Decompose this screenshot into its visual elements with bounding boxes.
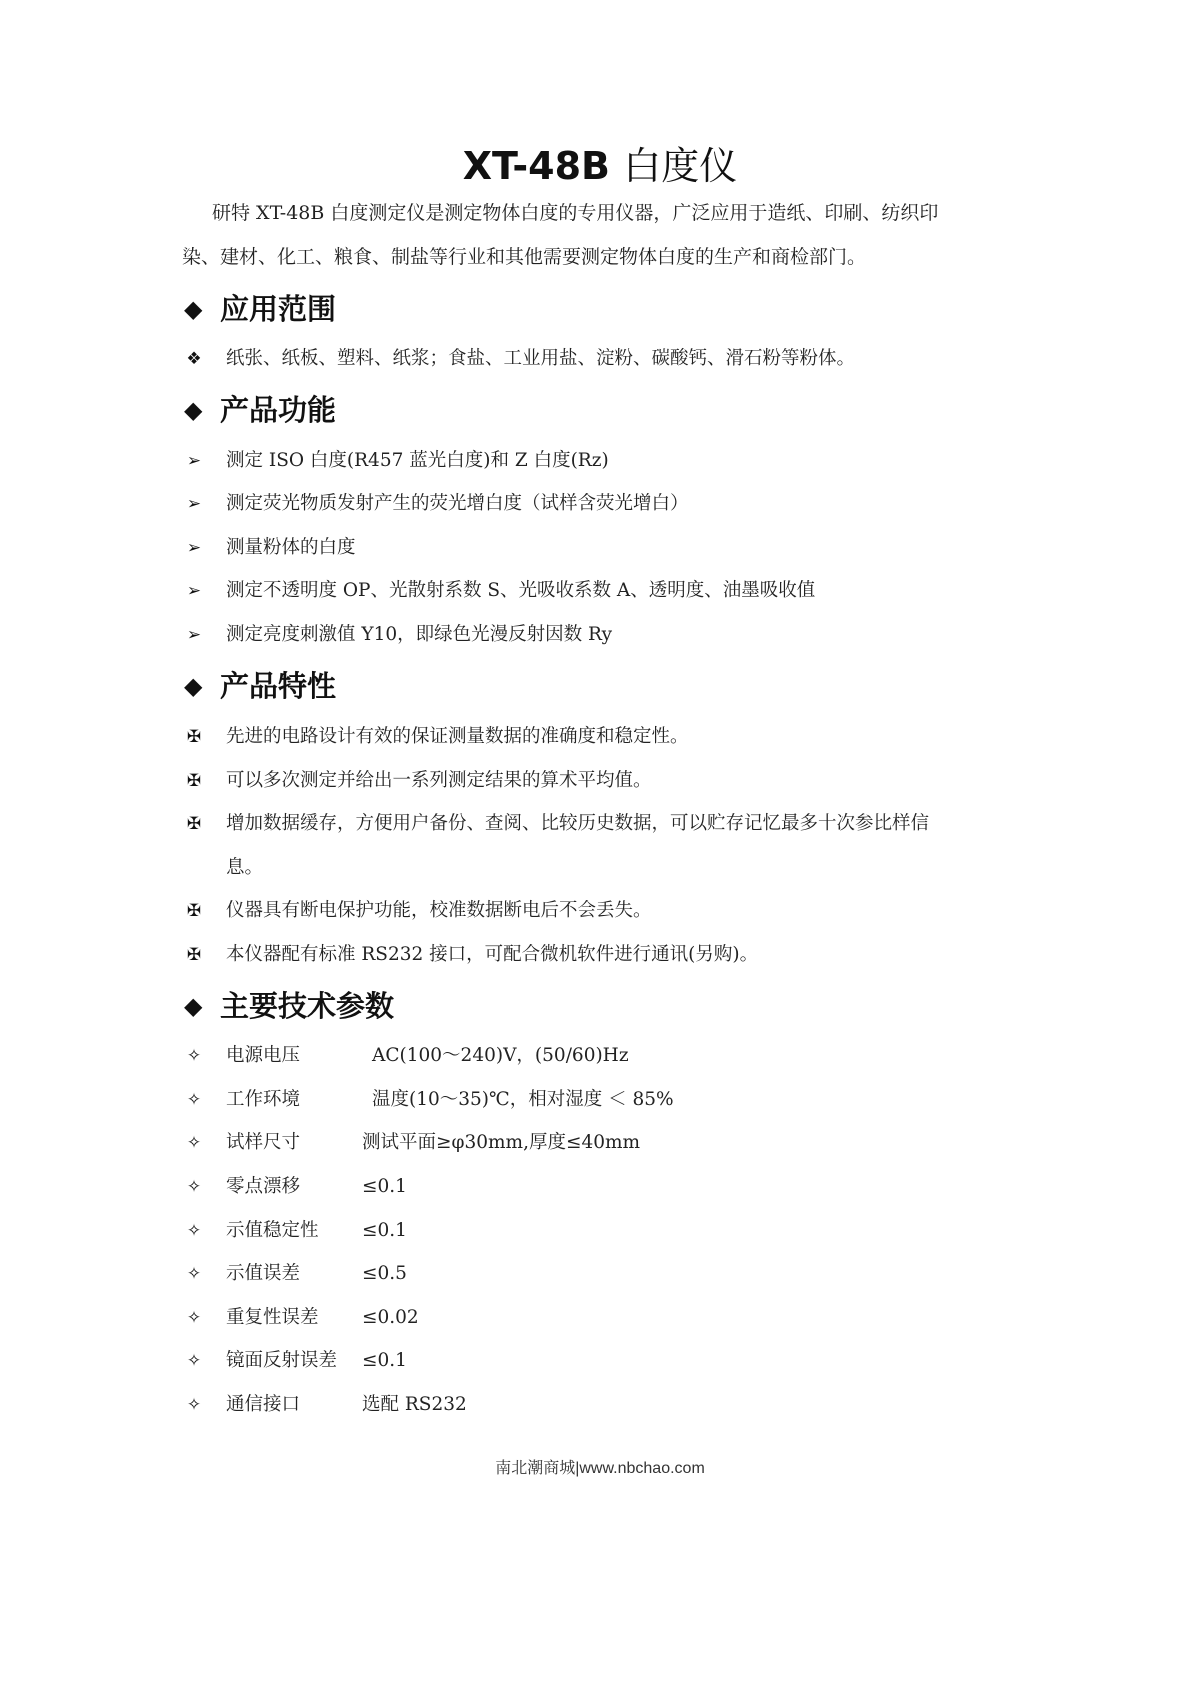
- section-heading-features: ◆产品特性: [184, 669, 336, 703]
- four-point-star-bullet-icon: ✧: [182, 1176, 206, 1198]
- arrowhead-bullet-icon: ➢: [182, 450, 206, 472]
- spec-value: ≤0.02: [362, 1307, 419, 1329]
- spec-label: 重复性误差: [226, 1307, 319, 1329]
- section-heading-specs: ◆主要技术参数: [184, 989, 394, 1023]
- spec-value: AC(100～240)V，(50/60)Hz: [372, 1045, 629, 1067]
- spec-label: 通信接口: [226, 1394, 300, 1416]
- diamond-icon: ◆: [184, 292, 210, 326]
- page-footer: 南北潮商城|www.nbchao.com: [0, 1455, 1200, 1478]
- section-heading-scope: ◆应用范围: [184, 292, 336, 326]
- page-title: XT-48B 白度仪: [0, 142, 1200, 190]
- maltese-cross-bullet-icon: ✠: [182, 726, 206, 748]
- arrowhead-bullet-icon: ➢: [182, 624, 206, 646]
- spec-value: ≤0.1: [362, 1220, 407, 1242]
- document-page: XT-48B 白度仪 研特 XT-48B 白度测定仪是测定物体白度的专用仪器，广…: [0, 0, 1200, 1697]
- title-model: XT-48B: [463, 144, 610, 188]
- spec-value: ≤0.1: [362, 1176, 407, 1198]
- arrowhead-bullet-icon: ➢: [182, 580, 206, 602]
- diamond-icon: ◆: [184, 393, 210, 427]
- spec-label: 零点漂移: [226, 1176, 300, 1198]
- title-name: 白度仪: [623, 144, 737, 188]
- arrowhead-bullet-icon: ➢: [182, 493, 206, 515]
- four-point-star-bullet-icon: ✧: [182, 1350, 206, 1372]
- spec-value: ≤0.5: [362, 1263, 407, 1285]
- four-point-star-bullet-icon: ✧: [182, 1220, 206, 1242]
- spec-label: 示值误差: [226, 1263, 300, 1285]
- spec-label: 工作环境: [226, 1089, 300, 1111]
- four-point-star-bullet-icon: ✧: [182, 1045, 206, 1067]
- spec-value: 选配 RS232: [362, 1394, 467, 1416]
- four-point-star-bullet-icon: ✧: [182, 1089, 206, 1111]
- four-point-star-bullet-icon: ✧: [182, 1263, 206, 1285]
- spec-label: 电源电压: [226, 1045, 300, 1067]
- intro-line-1: 研特 XT-48B 白度测定仪是测定物体白度的专用仪器，广泛应用于造纸、印刷、纺…: [212, 203, 1062, 223]
- spec-value: ≤0.1: [362, 1350, 407, 1372]
- spec-label: 镜面反射误差: [226, 1350, 337, 1372]
- four-diamond-bullet-icon: ❖: [182, 348, 206, 370]
- spec-value: 温度(10～35)℃，相对湿度 ＜ 85%: [372, 1089, 674, 1111]
- four-point-star-bullet-icon: ✧: [182, 1307, 206, 1329]
- arrowhead-bullet-icon: ➢: [182, 537, 206, 559]
- section-heading-functions: ◆产品功能: [184, 393, 336, 427]
- spec-value: 测试平面≥φ30mm,厚度≤40mm: [362, 1132, 640, 1154]
- spec-label: 试样尺寸: [226, 1132, 300, 1154]
- four-point-star-bullet-icon: ✧: [182, 1394, 206, 1416]
- intro-line-2: 染、建材、化工、粮食、制盐等行业和其他需要测定物体白度的生产和商检部门。: [182, 247, 1032, 267]
- maltese-cross-bullet-icon: ✠: [182, 770, 206, 792]
- maltese-cross-bullet-icon: ✠: [182, 944, 206, 966]
- diamond-icon: ◆: [184, 989, 210, 1023]
- maltese-cross-bullet-icon: ✠: [182, 813, 206, 835]
- maltese-cross-bullet-icon: ✠: [182, 900, 206, 922]
- spec-label: 示值稳定性: [226, 1220, 319, 1242]
- diamond-icon: ◆: [184, 669, 210, 703]
- four-point-star-bullet-icon: ✧: [182, 1132, 206, 1154]
